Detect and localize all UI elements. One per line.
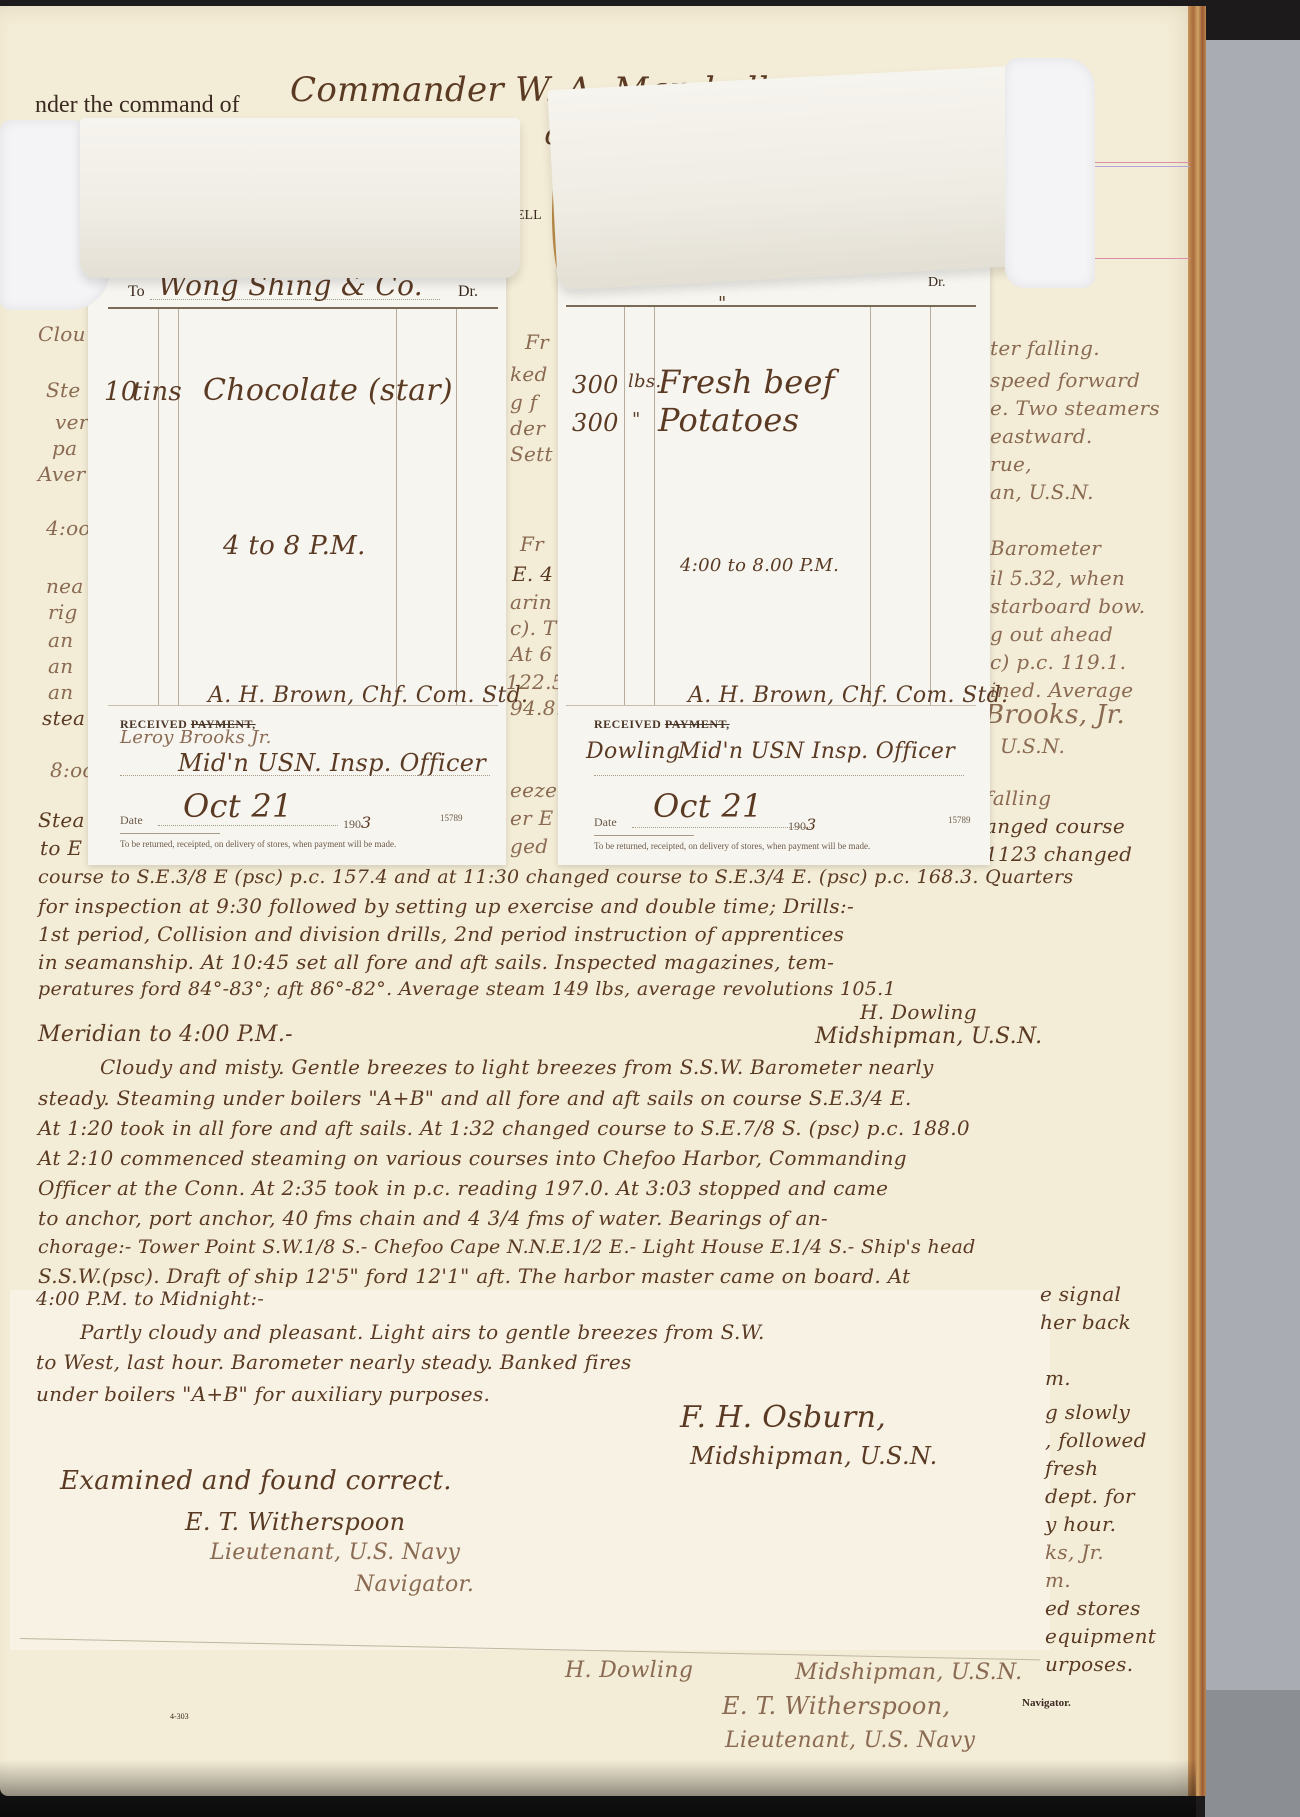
log-line: under boilers "A+B" for auxiliary purpos… (36, 1382, 490, 1406)
footer-signature-2-title: Lieutenant, U.S. Navy (725, 1728, 975, 1753)
receipt-item-description: Potatoes (658, 401, 799, 439)
receipt-date-value: Oct 21 (653, 787, 763, 825)
receiver-title: Mid'n USN Insp. Officer (678, 739, 955, 764)
ditto-mark: " (718, 293, 727, 314)
receipt-to-label: To (128, 283, 145, 301)
evening-heading: 4:00 P.M. to Midnight:- (36, 1288, 264, 1310)
form-code: 4-303 (170, 1712, 189, 1721)
evening-signature-name: F. H. Osburn, (680, 1400, 886, 1435)
log-line: At 2:10 commenced steaming on various co… (38, 1146, 907, 1170)
receipt-item-unit: lbs. (628, 371, 661, 392)
rolled-receipt-top-right (548, 66, 1028, 290)
log-line: in seamanship. At 10:45 set all fore and… (38, 950, 834, 974)
receipt-item-unit: " (632, 409, 641, 430)
examination-role: Navigator. (355, 1572, 474, 1597)
log-line: Partly cloudy and pleasant. Light airs t… (80, 1320, 765, 1344)
morning-signature-title: Midshipman, U.S.N. (815, 1024, 1042, 1049)
receipt-dr-label: Dr. (928, 275, 946, 291)
receipt-issuer-signature: A. H. Brown, Chf. Com. Std. (208, 683, 528, 708)
receiver-signature: Dowling (586, 739, 680, 764)
log-line: peratures ford 84°-83°; aft 86°-82°. Ave… (38, 978, 896, 1000)
morning-signature-name: H. Dowling (860, 1000, 977, 1024)
log-line: to anchor, port anchor, 40 fms chain and… (38, 1206, 828, 1230)
footer-signature-2-name: E. T. Witherspoon, (722, 1692, 950, 1720)
receipt-year: 1903 (788, 815, 816, 834)
receipt-watch-note: 4:00 to 8.00 P.M. (680, 555, 839, 576)
printed-command-label: nder the command of (35, 92, 240, 119)
backdrop-gray-lower (1205, 1690, 1300, 1817)
cloth-weight-right (1005, 58, 1095, 288)
receipt-form-number: 15789 (440, 813, 463, 823)
evening-signature-title: Midshipman, U.S.N. (690, 1442, 938, 1470)
receipt-item-qty: 300 (572, 371, 619, 399)
rolled-receipt-top-left (80, 118, 520, 278)
navigator-label: Navigator. (1022, 1697, 1071, 1709)
receiver-title: Mid'n USN. Insp. Officer (178, 749, 486, 777)
receipt-year: 1903 (343, 813, 371, 832)
receipt-dr-label: Dr. (458, 283, 478, 301)
receipt-footer-note: To be returned, receipted, on delivery o… (120, 839, 470, 850)
examination-statement: Examined and found correct. (60, 1466, 452, 1496)
log-line: S.S.W.(psc). Draft of ship 12'5" ford 12… (38, 1264, 910, 1288)
log-line: course to S.E.3/8 E (psc) p.c. 157.4 and… (38, 866, 1073, 888)
log-line: steady. Steaming under boilers "A+B" and… (38, 1086, 912, 1110)
footer-signature-1-title: Midshipman, U.S.N. (795, 1660, 1022, 1685)
log-line: At 1:20 took in all fore and aft sails. … (38, 1116, 970, 1140)
receipt-watch-note: 4 to 8 P.M. (223, 531, 366, 561)
receipt-date-value: Oct 21 (183, 787, 293, 825)
backdrop-gray (1205, 40, 1300, 1740)
examination-rank: Lieutenant, U.S. Navy (210, 1540, 460, 1565)
receipt-form-number: 15789 (948, 815, 971, 825)
footer-signature-1-name: H. Dowling (565, 1658, 693, 1683)
log-line: for inspection at 9:30 followed by setti… (38, 894, 854, 918)
receiver-signature: Leroy Brooks Jr. (120, 727, 272, 748)
receipt-issuer-signature: A. H. Brown, Chf. Com. Std. (688, 683, 1008, 708)
receipt-item-qty: 300 (572, 409, 619, 437)
log-line: Officer at the Conn. At 2:35 took in p.c… (38, 1176, 888, 1200)
page-rule (1080, 258, 1190, 259)
receipt-date-label: Date (120, 813, 143, 828)
receipt-item-unit: tins (132, 377, 182, 407)
page-shadow (0, 1760, 1196, 1817)
page-edge-stack (1188, 6, 1206, 1796)
received-label: RECEIVED PAYMENT, (594, 717, 730, 732)
receipt-1: To Wong Shing & Co. Dr. 10 tins Chocolat… (88, 265, 506, 865)
afternoon-heading: Meridian to 4:00 P.M.- (38, 1022, 293, 1047)
receipt-date-label: Date (594, 815, 617, 830)
receipt-item-description: Chocolate (star) (203, 373, 453, 408)
examination-signature: E. T. Witherspoon (185, 1508, 405, 1536)
log-line: 1st period, Collision and division drill… (38, 922, 844, 946)
log-line: Cloudy and misty. Gentle breezes to ligh… (100, 1055, 934, 1079)
log-line: to West, last hour. Barometer nearly ste… (36, 1350, 632, 1374)
receipt-2: Dr. " 300 lbs. Fresh beef 300 " Potatoes… (558, 265, 990, 865)
receipt-item-description: Fresh beef (658, 363, 835, 401)
receipt-footer-note: To be returned, receipted, on delivery o… (594, 841, 954, 852)
log-line: chorage:- Tower Point S.W.1/8 S.- Chefoo… (38, 1236, 976, 1258)
